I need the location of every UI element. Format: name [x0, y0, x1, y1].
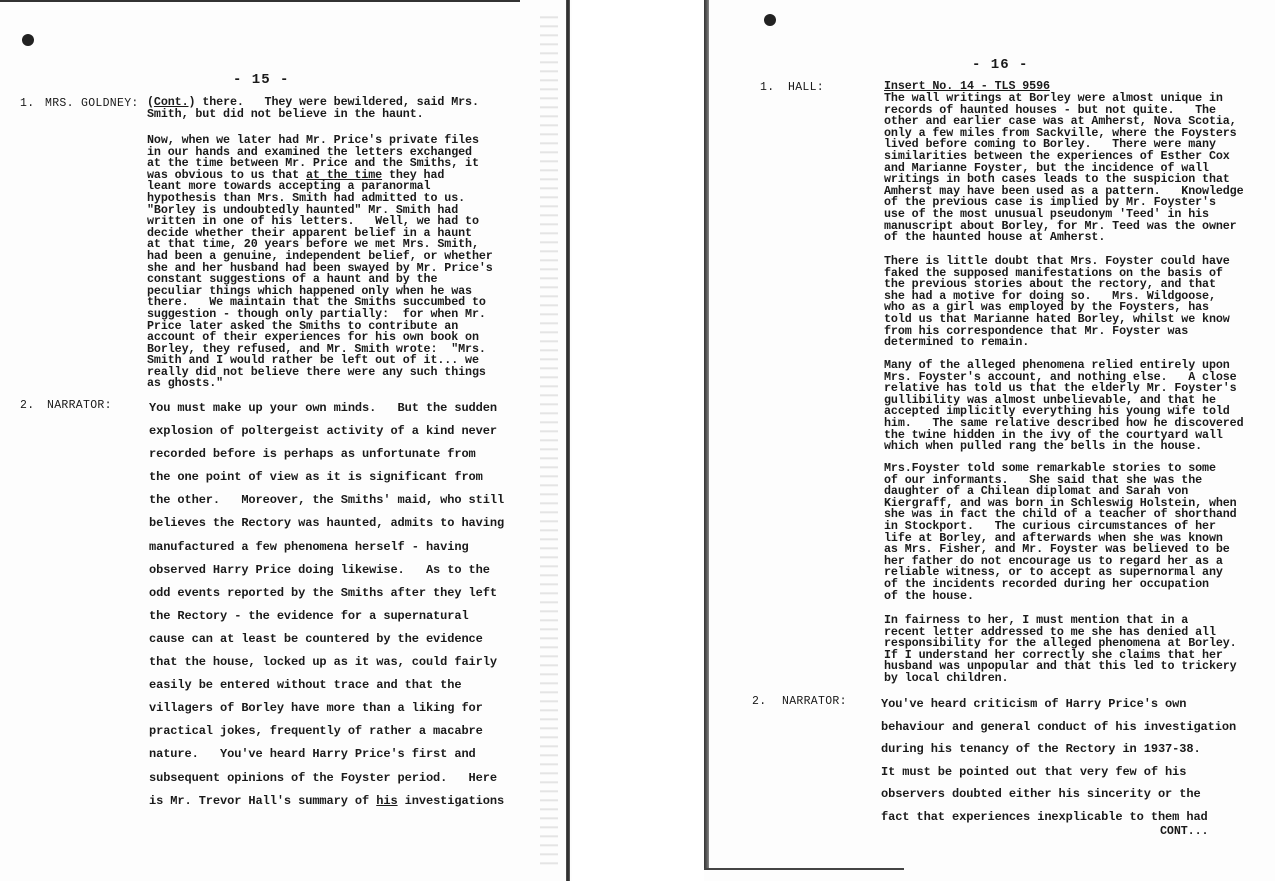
entry-number: 2. — [20, 399, 34, 412]
page-binding-edge — [704, 0, 709, 870]
text-line: observed Harry Price doing likewise. As … — [149, 563, 490, 577]
right-page-16: - 16 - 1. HALL: Insert No. 14 - TLS 9596… — [704, 0, 1275, 881]
text-line: nature. You've heard Harry Price's first… — [149, 747, 476, 761]
speaker-label: NARRATOR: — [47, 399, 112, 412]
entry-number: 2. — [752, 695, 766, 708]
text-line: as ghosts." — [147, 376, 223, 390]
page-number: - 15 - — [233, 72, 289, 88]
text-line: the Rectory - the evidence for a superna… — [149, 609, 469, 623]
text-line: manufactured a few phenomena herself - h… — [149, 540, 469, 554]
continuation-marker: CONT... — [1160, 826, 1208, 838]
text-line: cause can at least be countered by the e… — [149, 632, 483, 646]
dialogue-paragraph: In fairness to her, I must mention that … — [884, 615, 1237, 685]
entry-number: 1. — [20, 97, 34, 110]
text-line: behaviour and general conduct of his inv… — [881, 720, 1236, 734]
dialogue-paragraph: (Cont.) there. They were bewildered, sai… — [147, 97, 479, 120]
dialogue-paragraph: Now, when we later had Mr. Price's priva… — [147, 135, 493, 390]
dialogue-paragraph: Many of the alleged phenomena relied ent… — [884, 360, 1244, 453]
text-line: villagers of Borley have more than a lik… — [149, 701, 483, 715]
text-line: believes the Rectory was haunted, admits… — [149, 516, 504, 530]
text-line: the other. Moreover, the Smiths' maid, w… — [149, 493, 504, 507]
scan-gutter-shadow — [540, 10, 558, 870]
text-line: practical jokes, frequently of rather a … — [149, 724, 483, 738]
page-binding-edge — [566, 0, 570, 881]
text-line: subsequent opinions of the Foyster perio… — [149, 771, 497, 785]
page-number: - 16 - — [972, 57, 1028, 73]
text-line: Smith, but did not believe in the haunt. — [147, 107, 424, 121]
punch-hole-mark — [764, 14, 776, 26]
left-page-15: - 15 - 1. MRS. GOLDNEY: (Cont.) there. T… — [0, 0, 572, 881]
text-line: that the house, locked up as it was, cou… — [149, 655, 497, 669]
text-line: of the haunted house at Amherst. — [884, 230, 1105, 244]
text-line: is Mr. Trevor Hall's summary of his inve… — [149, 794, 504, 808]
text-line: You've heard criticism of Harry Price's … — [881, 697, 1186, 711]
dialogue-paragraph: There is little doubt that Mrs. Foyster … — [884, 256, 1230, 349]
speaker-label: HALL: — [788, 81, 824, 94]
speaker-label: MRS. GOLDNEY: — [45, 97, 139, 110]
text-line: which when pulled rang the bells in the … — [884, 439, 1202, 453]
text-line: of the house. — [884, 589, 974, 603]
dialogue-paragraph: The wall writings at Borley were almost … — [884, 93, 1244, 244]
text-line: It must be pointed out that very few of … — [881, 765, 1186, 779]
text-line: explosion of poltergeist activity of a k… — [149, 424, 497, 438]
text-line: odd events reported by the Smiths after … — [149, 586, 497, 600]
entry-number: 1. — [760, 81, 774, 94]
text-line: the one point of view as it is significa… — [149, 470, 483, 484]
text-line: determined to remain. — [884, 335, 1029, 349]
text-line: by local children. — [884, 671, 1008, 685]
text-line: fact that experiences inexplicable to th… — [881, 810, 1208, 824]
dialogue-paragraph: You've heard criticism of Harry Price's … — [881, 693, 1236, 829]
dialogue-paragraph: Mrs.Foyster told some remarkable stories… — [884, 463, 1237, 602]
text-line: You must make up your own minds. But the… — [149, 401, 497, 415]
text-line: observers doubted either his sincerity o… — [881, 787, 1201, 801]
scan-top-edge — [0, 0, 520, 2]
text-line: during his tenancy of the Rectory in 193… — [881, 742, 1201, 756]
text-line: easily be entered without trace and that… — [149, 678, 461, 692]
speaker-label: NARRATOR: — [782, 695, 847, 708]
page-bottom-edge — [704, 868, 904, 870]
dialogue-paragraph: You must make up your own minds. But the… — [149, 397, 504, 813]
text-line: recorded before is perhaps as unfortunat… — [149, 447, 476, 461]
punch-hole-mark — [22, 34, 34, 46]
